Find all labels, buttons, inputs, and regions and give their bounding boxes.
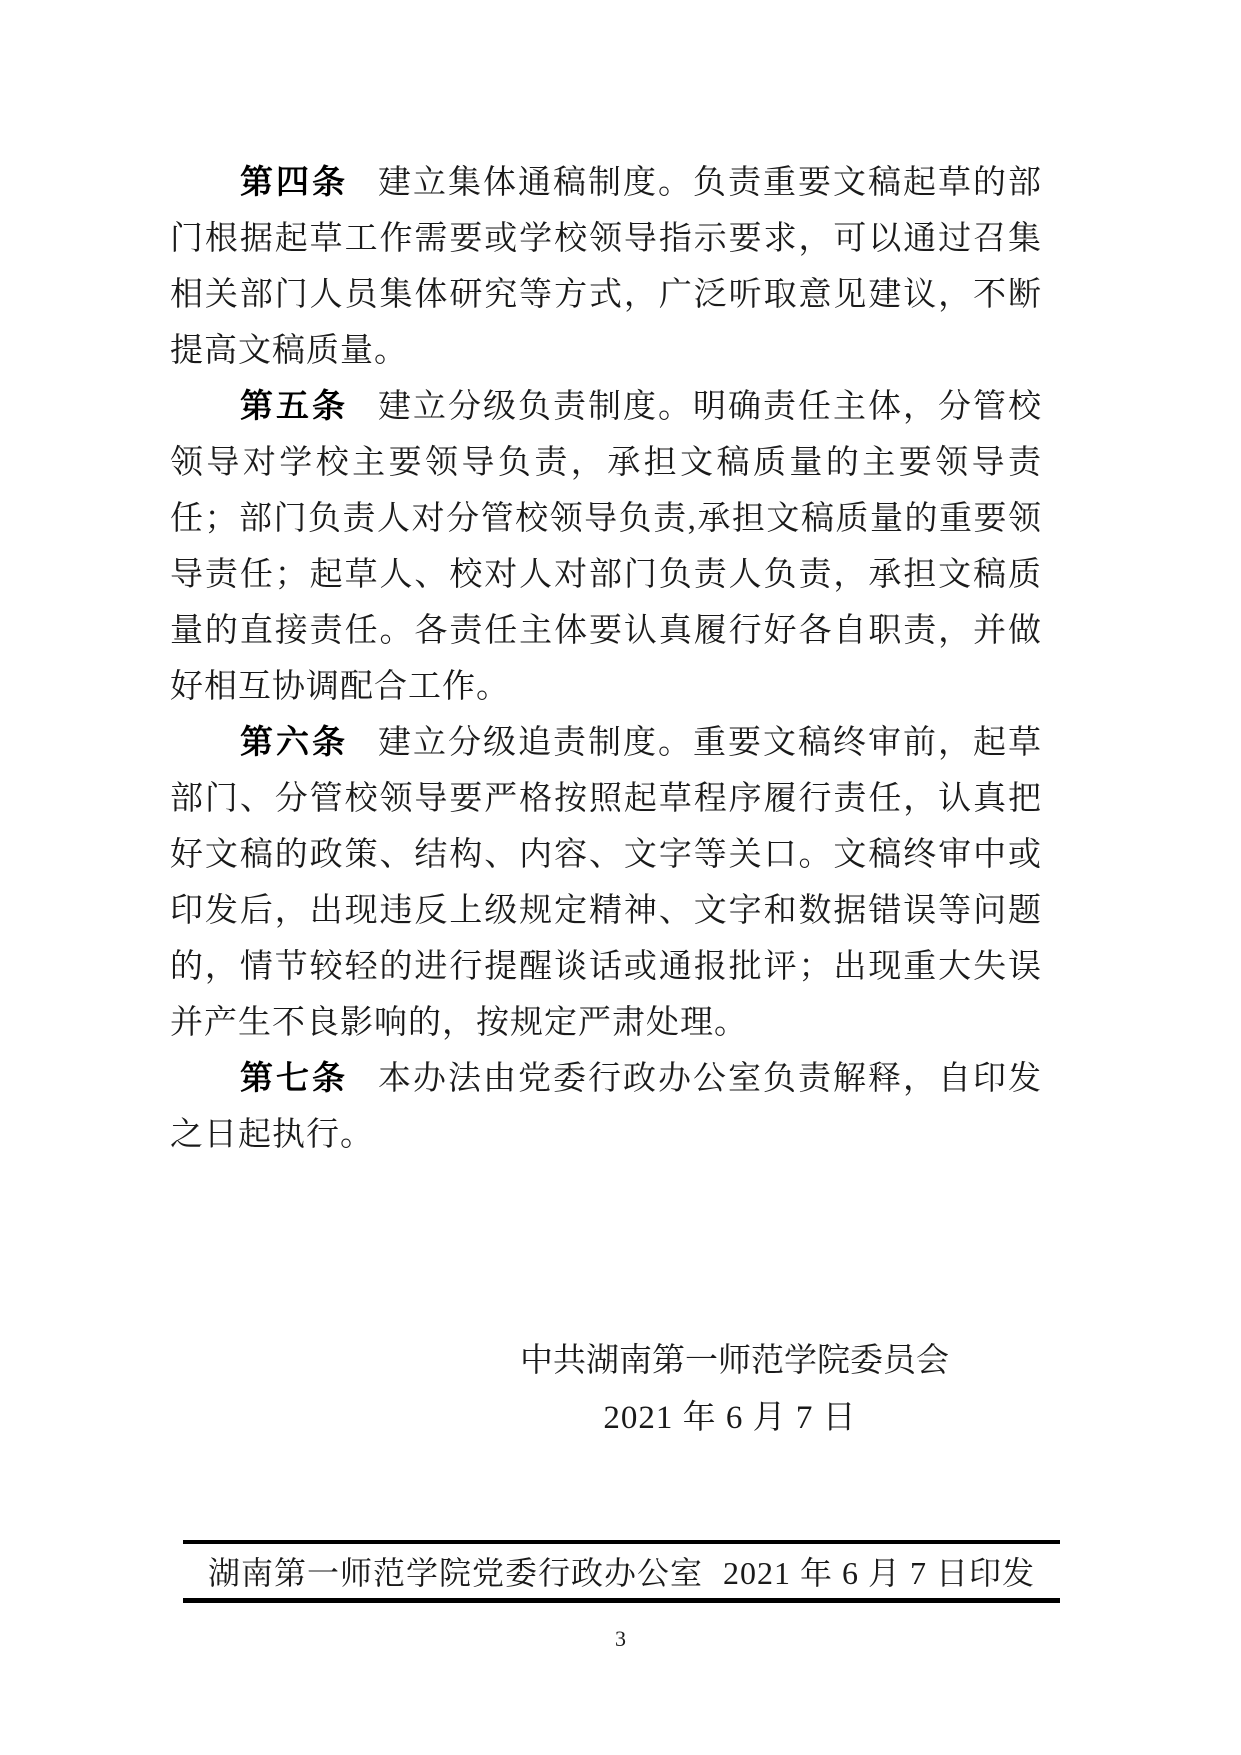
signature-block: 中共湖南第一师范学院委员会 2021 年 6 月 7 日 [520,1333,940,1447]
page-number: 3 [0,1626,1241,1652]
footer-issuer: 湖南第一师范学院党委行政办公室 [208,1548,703,1594]
article-paragraph-4: 第四条建立集体通稿制度。负责重要文稿起草的部门根据起草工作需要或学校领导指示要求… [170,155,1042,379]
article-label-5: 第五条 [240,389,348,425]
article-paragraph-6: 第六条建立分级追责制度。重要文稿终审前，起草部门、分管校领导要严格按照起草程序履… [170,715,1042,1051]
document-page: 第四条建立集体通稿制度。负责重要文稿起草的部门根据起草工作需要或学校领导指示要求… [0,0,1241,1755]
signature-date: 2021 年 6 月 7 日 [520,1390,940,1447]
article-text-5: 建立分级负责制度。明确责任主体，分管校领导对学校主要领导负责，承担文稿质量的主要… [170,389,1042,705]
signature-organization: 中共湖南第一师范学院委员会 [520,1333,940,1390]
document-body: 第四条建立集体通稿制度。负责重要文稿起草的部门根据起草工作需要或学校领导指示要求… [170,155,1042,1163]
article-text-6: 建立分级追责制度。重要文稿终审前，起草部门、分管校领导要严格按照起草程序履行责任… [170,725,1042,1041]
issuance-footer: 湖南第一师范学院党委行政办公室 2021 年 6 月 7 日印发 [183,1540,1060,1603]
article-label-4: 第四条 [240,165,348,201]
article-paragraph-5: 第五条建立分级负责制度。明确责任主体，分管校领导对学校主要领导负责，承担文稿质量… [170,379,1042,715]
footer-issue-date: 2021 年 6 月 7 日印发 [723,1548,1035,1594]
article-label-7: 第七条 [240,1061,348,1097]
article-label-6: 第六条 [240,725,348,761]
article-paragraph-7: 第七条本办法由党委行政办公室负责解释，自印发之日起执行。 [170,1051,1042,1163]
